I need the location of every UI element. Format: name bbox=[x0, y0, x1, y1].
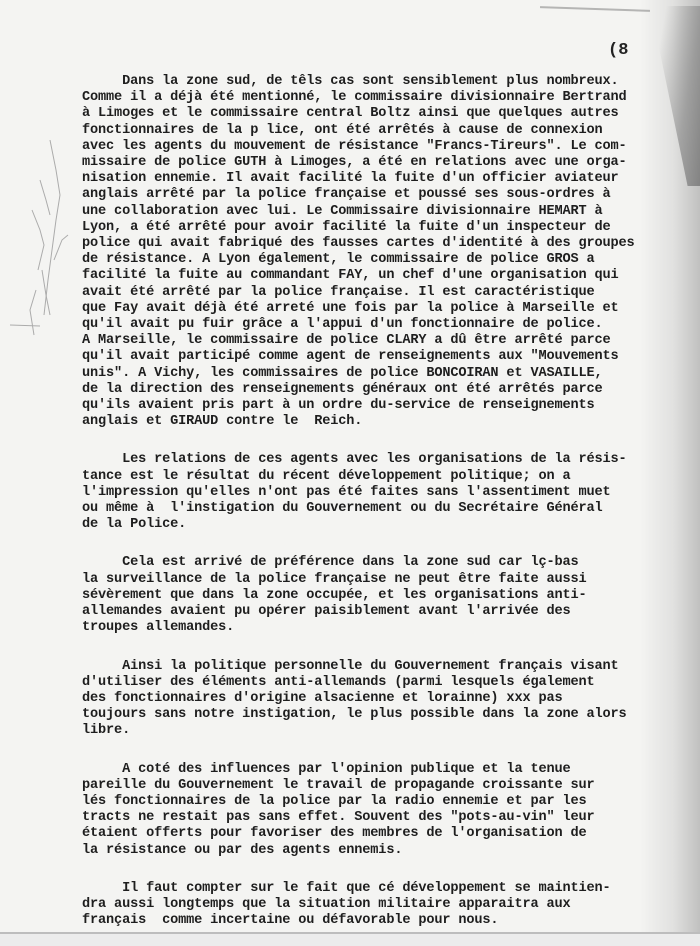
text-line: A Marseille, le commissaire de police CL… bbox=[50, 333, 700, 349]
text-line: tracts ne restait pas sans effet. Souven… bbox=[50, 810, 700, 826]
text-line: qu'ils avaient pris part à un ordre du-s… bbox=[50, 398, 700, 414]
document-body: Dans la zone sud, de têls cas sont sensi… bbox=[50, 74, 700, 929]
text-line: Il faut compter sur le fait que cé dével… bbox=[50, 881, 700, 897]
paragraph-zone-sud: Dans la zone sud, de têls cas sont sensi… bbox=[50, 74, 700, 430]
text-line: la surveillance de la police française n… bbox=[50, 572, 700, 588]
text-line: de la Police. bbox=[50, 517, 700, 533]
document-page: (8 Dans la zone sud, de têls cas sont se… bbox=[0, 0, 700, 934]
text-line: français comme incertaine ou défavorable… bbox=[50, 913, 700, 929]
text-line: avec les agents du mouvement de résistan… bbox=[50, 139, 700, 155]
paragraph-gap bbox=[50, 859, 700, 881]
text-line: que Fay avait déjà été arreté une fois p… bbox=[50, 301, 700, 317]
text-line: unis". A Vichy, les commissaires de poli… bbox=[50, 366, 700, 382]
text-line: lés fonctionnaires de la police par la r… bbox=[50, 794, 700, 810]
paragraph-conclusion: Il faut compter sur le fait que cé dével… bbox=[50, 881, 700, 930]
text-line: des fonctionnaires d'origine alsacienne … bbox=[50, 691, 700, 707]
text-line: tance est le résultat du récent développ… bbox=[50, 469, 700, 485]
text-line: fonctionnaires de la p lice, ont été arr… bbox=[50, 123, 700, 139]
text-line: libre. bbox=[50, 723, 700, 739]
text-line: d'utiliser des éléments anti-allemands (… bbox=[50, 675, 700, 691]
text-line: facilité la fuite au commandant FAY, un … bbox=[50, 268, 700, 284]
paragraph-gap bbox=[50, 430, 700, 452]
text-line: nisation ennemie. Il avait facilité la f… bbox=[50, 171, 700, 187]
text-line: allemandes avaient pu opérer paisiblemen… bbox=[50, 604, 700, 620]
scan-mark bbox=[540, 6, 650, 12]
text-line: toujours sans notre instigation, le plus… bbox=[50, 707, 700, 723]
paragraph-influences: A coté des influences par l'opinion publ… bbox=[50, 762, 700, 859]
text-line: troupes allemandes. bbox=[50, 620, 700, 636]
text-line: avait été arrêté par la police française… bbox=[50, 285, 700, 301]
text-line: police qui avait fabriqué des fausses ca… bbox=[50, 236, 700, 252]
text-line: Comme il a déjà été mentionné, le commis… bbox=[50, 90, 700, 106]
text-line: ou même à l'instigation du Gouvernement … bbox=[50, 501, 700, 517]
text-line: de la direction des renseignements génér… bbox=[50, 382, 700, 398]
text-line: Les relations de ces agents avec les org… bbox=[50, 452, 700, 468]
text-line: l'impression qu'elles n'ont pas été fait… bbox=[50, 485, 700, 501]
text-line: une collaboration avec lui. Le Commissai… bbox=[50, 204, 700, 220]
text-line: qu'il avait pu fuir grâce a l'appui d'un… bbox=[50, 317, 700, 333]
text-line: de résistance. A Lyon également, le comm… bbox=[50, 252, 700, 268]
paragraph-gap bbox=[50, 637, 700, 659]
text-line: pareille du Gouvernement le travail de p… bbox=[50, 778, 700, 794]
text-line: qu'il avait participé comme agent de ren… bbox=[50, 349, 700, 365]
text-line: anglais arrêté par la police française e… bbox=[50, 187, 700, 203]
text-line: la résistance ou par des agents ennemis. bbox=[50, 843, 700, 859]
paragraph-preference: Cela est arrivé de préférence dans la zo… bbox=[50, 555, 700, 636]
text-line: Ainsi la politique personnelle du Gouver… bbox=[50, 659, 700, 675]
text-line: à Limoges et le commissaire central Bolt… bbox=[50, 106, 700, 122]
text-line: sévèrement que dans la zone occupée, et … bbox=[50, 588, 700, 604]
text-line: A coté des influences par l'opinion publ… bbox=[50, 762, 700, 778]
paragraph-gap bbox=[50, 740, 700, 762]
text-line: anglais et GIRAUD contre le Reich. bbox=[50, 414, 700, 430]
text-line: Lyon, a été arrêté pour avoir facilité l… bbox=[50, 220, 700, 236]
text-line: missaire de police GUTH à Limoges, a été… bbox=[50, 155, 700, 171]
text-line: étaient offerts pour favoriser des membr… bbox=[50, 826, 700, 842]
paragraph-gap bbox=[50, 533, 700, 555]
text-line: Dans la zone sud, de têls cas sont sensi… bbox=[50, 74, 700, 90]
text-line: dra aussi longtemps que la situation mil… bbox=[50, 897, 700, 913]
paragraph-relations: Les relations de ces agents avec les org… bbox=[50, 452, 700, 533]
page-number: (8 bbox=[608, 41, 628, 60]
text-line: Cela est arrivé de préférence dans la zo… bbox=[50, 555, 700, 571]
paragraph-politique: Ainsi la politique personnelle du Gouver… bbox=[50, 659, 700, 740]
